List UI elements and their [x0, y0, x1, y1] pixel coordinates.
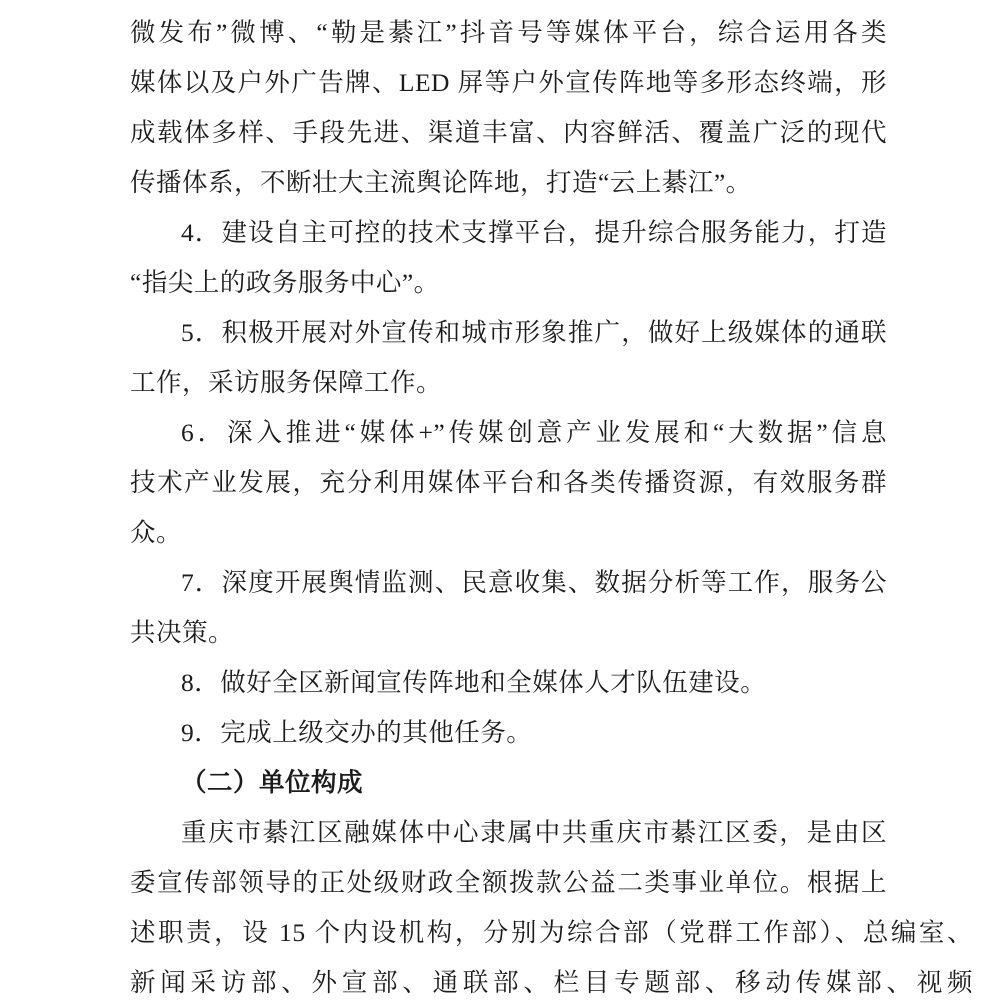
text-line: 传播体系，不断壮大主流舆论阵地，打造“云上綦江”。 [130, 158, 887, 208]
section-heading: （二）单位构成 [130, 758, 887, 808]
text-line: 6．深入推进“媒体+”传媒创意产业发展和“大数据”信息 [130, 408, 887, 458]
text-line: 微发布”微博、“勒是綦江”抖音号等媒体平台，综合运用各类 [130, 8, 887, 58]
text-line: 新闻采访部、外宣部、通联部、栏目专题部、移动传媒部、视频 [130, 958, 973, 1003]
document-text-block: 微发布”微博、“勒是綦江”抖音号等媒体平台，综合运用各类媒体以及户外广告牌、LE… [130, 8, 973, 1003]
text-line: 媒体以及户外广告牌、LED 屏等户外宣传阵地等多形态终端，形 [130, 58, 887, 108]
text-line: 4．建设自主可控的技术支撑平台，提升综合服务能力，打造 [130, 208, 887, 258]
text-line: 重庆市綦江区融媒体中心隶属中共重庆市綦江区委，是由区 [130, 808, 887, 858]
text-line: 共决策。 [130, 608, 887, 658]
document-page: 微发布”微博、“勒是綦江”抖音号等媒体平台，综合运用各类媒体以及户外广告牌、LE… [0, 0, 1000, 1003]
text-line: 委宣传部领导的正处级财政全额拨款公益二类事业单位。根据上 [130, 858, 887, 908]
text-line: 8．做好全区新闻宣传阵地和全媒体人才队伍建设。 [130, 658, 887, 708]
text-line: 工作，采访服务保障工作。 [130, 358, 887, 408]
text-line: 9．完成上级交办的其他任务。 [130, 708, 887, 758]
text-line: 成载体多样、手段先进、渠道丰富、内容鲜活、覆盖广泛的现代 [130, 108, 887, 158]
text-line: 众。 [130, 508, 887, 558]
text-line: 7．深度开展舆情监测、民意收集、数据分析等工作，服务公 [130, 558, 887, 608]
text-line: 述职责，设 15 个内设机构，分别为综合部（党群工作部）、总编室、 [130, 908, 973, 958]
text-line: 技术产业发展，充分利用媒体平台和各类传播资源，有效服务群 [130, 458, 887, 508]
text-line: 5．积极开展对外宣传和城市形象推广，做好上级媒体的通联 [130, 308, 887, 358]
text-line: “指尖上的政务服务中心”。 [130, 258, 887, 308]
